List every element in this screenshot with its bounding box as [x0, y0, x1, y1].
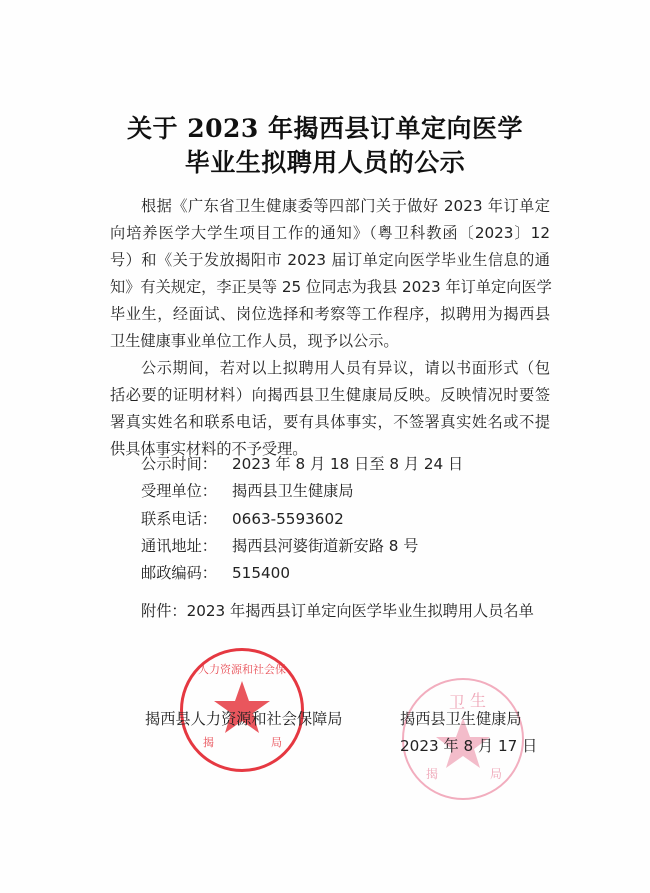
attachment-line: 附件：2023 年揭西县订单定向医学毕业生拟聘用人员名单: [141, 600, 534, 621]
svg-text:人力资源和社会保: 人力资源和社会保: [198, 662, 286, 676]
info-value: 0663-5593602: [232, 506, 344, 533]
paragraph-line: 公示期间，若对以上拟聘用人员有异议，请以书面形式（包: [110, 355, 550, 382]
info-label: 受理单位：: [141, 478, 232, 505]
info-row-unit: 受理单位：揭西县卫生健康局: [141, 478, 463, 505]
paragraph-announcement: 根据《广东省卫生健康委等四部门关于做好 2023 年订单定 向培养医学大学生项目…: [110, 193, 550, 355]
paragraph-objection-process: 公示期间，若对以上拟聘用人员有异议，请以书面形式（包 括必要的证明材料）向揭西县…: [110, 355, 550, 463]
document-title-line-2: 毕业生拟聘用人员的公示: [0, 143, 650, 179]
info-label: 公示时间：: [141, 451, 232, 478]
info-row-address: 通讯地址：揭西县河婆街道新安路 8 号: [141, 533, 463, 560]
svg-text:揭: 揭: [426, 766, 438, 781]
info-row-period: 公示时间：2023 年 8 月 18 日至 8 月 24 日: [141, 451, 463, 478]
info-row-phone: 联系电话：0663-5593602: [141, 506, 463, 533]
paragraph-line: 根据《广东省卫生健康委等四部门关于做好 2023 年订单定: [110, 193, 550, 220]
paragraph-line: 毕业生，经面试、岗位选择和考察等工作程序，拟聘用为揭西县: [110, 301, 550, 328]
svg-text:局: 局: [490, 767, 502, 781]
svg-text:局: 局: [271, 736, 282, 749]
paragraph-line: 号）和《关于发放揭阳市 2023 届订单定向医学毕业生信息的通: [110, 247, 550, 274]
document-title-line-1: 关于 2023 年揭西县订单定向医学: [0, 109, 650, 145]
info-label: 联系电话：: [141, 506, 232, 533]
info-row-postcode: 邮政编码：515400: [141, 560, 463, 587]
info-label: 邮政编码：: [141, 560, 232, 587]
info-value: 揭西县卫生健康局: [232, 478, 354, 505]
signature-hr-bureau: 揭西县人力资源和社会保障局: [145, 708, 342, 729]
document-page: 关于 2023 年揭西县订单定向医学 毕业生拟聘用人员的公示 根据《广东省卫生健…: [0, 0, 650, 893]
contact-info-list: 公示时间：2023 年 8 月 18 日至 8 月 24 日 受理单位：揭西县卫…: [141, 451, 463, 587]
paragraph-line: 署真实姓名和联系电话，要有具体事实，不签署真实姓名或不提: [110, 409, 550, 436]
paragraph-line: 括必要的证明材料）向揭西县卫生健康局反映。反映情况时要签: [110, 382, 550, 409]
svg-text:揭: 揭: [203, 735, 214, 749]
signature-date: 2023 年 8 月 17 日: [400, 735, 537, 756]
paragraph-line: 向培养医学大学生项目工作的通知》（粤卫科教函〔2023〕12: [110, 220, 550, 247]
info-value: 515400: [232, 560, 290, 587]
info-value: 2023 年 8 月 18 日至 8 月 24 日: [232, 451, 463, 478]
signature-health-bureau: 揭西县卫生健康局: [400, 708, 522, 729]
paragraph-line: 卫生健康事业单位工作人员，现予以公示。: [110, 328, 550, 355]
paragraph-line: 知》有关规定，李正昊等 25 位同志为我县 2023 年订单定向医学: [110, 274, 550, 301]
info-value: 揭西县河婆街道新安路 8 号: [232, 533, 418, 560]
info-label: 通讯地址：: [141, 533, 232, 560]
